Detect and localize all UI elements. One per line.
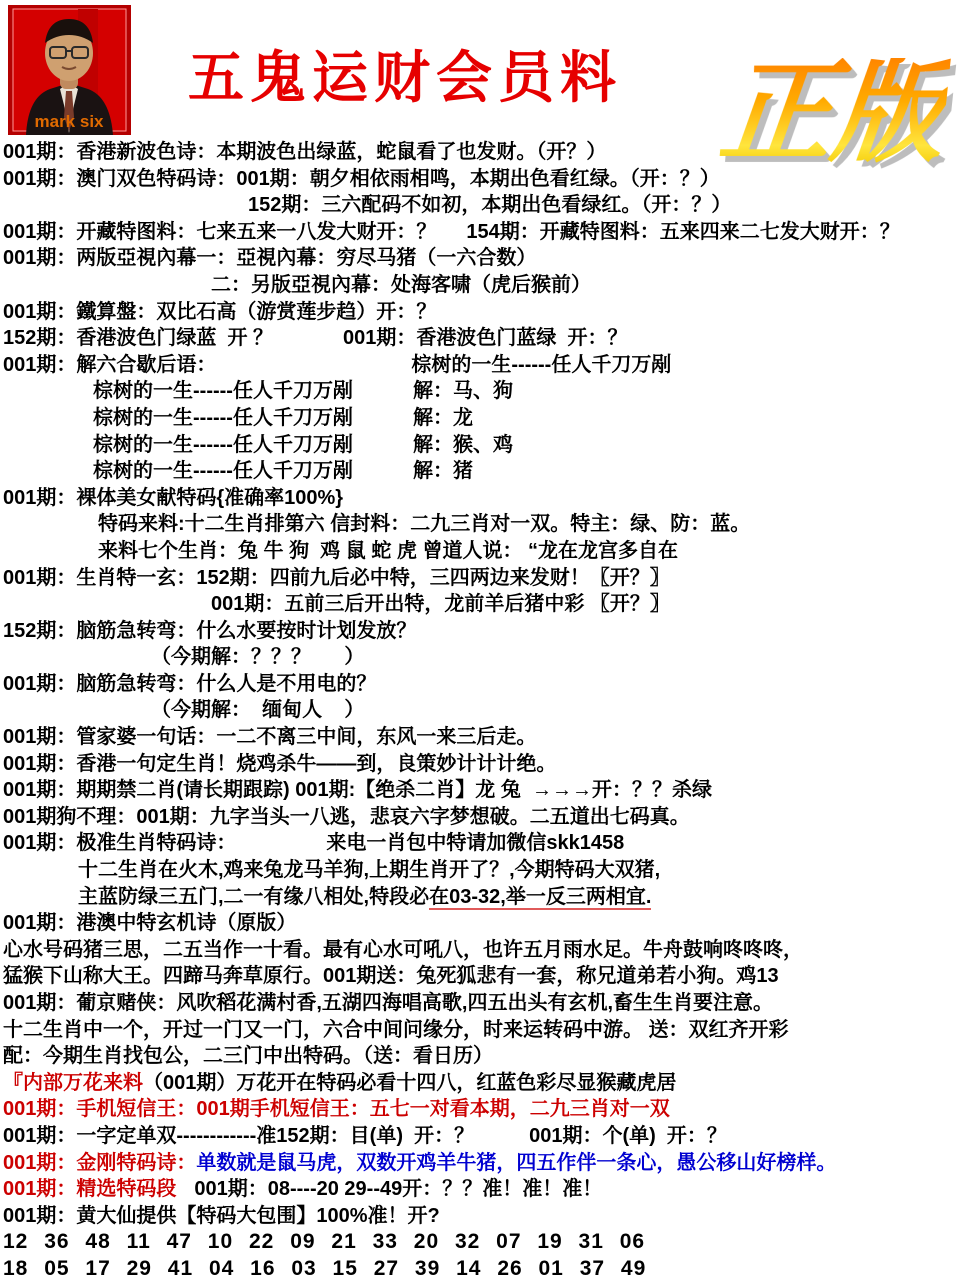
text-segment: 二：另版亞視內幕：处海客啸（虎后猴前） — [211, 274, 591, 296]
text-segment: 18 05 17 29 41 04 16 03 15 27 39 14 26 0… — [3, 1257, 646, 1280]
content-line: 十二生肖中一个，开过一门又一门，六合中间问缘分，时来运转码中游。 送：双红齐开彩 — [3, 1017, 963, 1044]
text-segment: 001期：精选特码段 — [3, 1178, 176, 1200]
text-segment: 001期：脑筋急转弯：什么人是不用电的？ — [3, 673, 376, 695]
content-line: 152期：脑筋急转弯：什么水要按时计划发放？ — [3, 618, 963, 645]
text-segment: 001期：08----20 29--49开：？？准！准！准！ — [194, 1178, 602, 1200]
content-lines: 001期：香港新波色诗：本期波色出绿蓝，蛇鼠看了也发财。（开？）001期：澳门双… — [3, 139, 963, 1282]
text-segment: 心水号码猪三思，二五当作一十看。最有心水可吼八，也许五月雨水足。牛舟鼓响咚咚咚， — [3, 939, 803, 961]
text-segment: 解：马、狗 — [413, 380, 513, 402]
text-segment: 001期：生肖特一玄：152期：四前九后必中特，三四两边来发财！〖开？〗 — [3, 567, 670, 589]
text-segment: 152期：脑筋急转弯：什么水要按时计划发放？ — [3, 620, 416, 642]
content-line: 001期：金刚特码诗：单数就是鼠马虎，双数开鸡羊牛猪，四五作伴一条心，愚公移山好… — [3, 1150, 963, 1177]
content-line: 18 05 17 29 41 04 16 03 15 27 39 14 26 0… — [3, 1256, 963, 1282]
text-segment: 001期：港澳中特玄机诗（原版） — [3, 912, 296, 934]
text-segment: 001期：手机短信王：001期手机短信王：五七一对看本期，二九三肖对一双 — [3, 1098, 670, 1120]
text-segment: 001期狗不理：001期：九字当头一八逃，悲哀六字梦想破。二五道出七码真。 — [3, 806, 690, 828]
content-line: 001期：香港新波色诗：本期波色出绿蓝，蛇鼠看了也发财。（开？） — [3, 139, 963, 166]
text-segment: 主蓝防绿三五门,二一有缘八相处,特段必 — [78, 886, 429, 908]
content-line: 001期：生肖特一玄：152期：四前九后必中特，三四两边来发财！〖开？〗 — [3, 565, 963, 592]
content-line: 棕树的一生------任人千刀万剐解：猴、鸡 — [3, 432, 963, 459]
content-line: 001期：葡京赌侠：风吹稻花满村香,五湖四海唱高歌,四五出头有玄机,畜生生肖要注… — [3, 990, 963, 1017]
text-segment: 001期：解六合歇后语： — [3, 354, 216, 376]
text-segment: （今期解：？？？ ） — [151, 646, 364, 668]
text-segment: 001期：一字定单双------------准152期：目(单) 开：？ — [3, 1125, 474, 1147]
text-segment: 棕树的一生------任人千刀万剐 — [411, 354, 671, 376]
text-segment: 001期：两版亞視內幕一：亞視內幕：穷尽马猪（一六合数） — [3, 247, 536, 269]
text-segment: 001期：黄大仙提供【特码大包围】100%准！开? — [3, 1205, 440, 1227]
text-segment: 001期：鐵算盤：双比石高（游赏莲步趋）开：？ — [3, 301, 436, 323]
text-segment: 在03-32,举一反三两相宜. — [429, 886, 651, 910]
content-line: 152期：三六配码不如初，本期出色看绿红。（开：？） — [3, 192, 963, 219]
content-line: 心水号码猪三思，二五当作一十看。最有心水可吼八，也许五月雨水足。牛舟鼓响咚咚咚， — [3, 937, 963, 964]
text-segment: 001期：香港波色门蓝绿 开：？ — [343, 327, 627, 349]
text-segment: 001期：开藏特图料：七来五来一八发大财开：？ — [3, 221, 436, 243]
content-line: 001期：五前三后开出特，龙前羊后猪中彩 〖开？〗 — [3, 591, 963, 618]
text-segment: 来电一肖包中特请加微信skk1458 — [326, 832, 624, 854]
content-line: 001期：管家婆一句话：一二不离三中间，东风一来三后走。 — [3, 724, 963, 751]
text-segment: 154期：开藏特图料：五来四来二七发大财开：？ — [466, 221, 899, 243]
content-line: 猛猴下山称大王。四蹄马奔草原行。001期送：兔死狐悲有一套，称兄道弟若小狗。鸡1… — [3, 963, 963, 990]
text-segment: 001期：葡京赌侠：风吹稻花满村香,五湖四海唱高歌,四五出头有玄机,畜生生肖要注… — [3, 992, 773, 1014]
portrait-photo-graphic: mark six — [8, 5, 131, 135]
text-segment: 152期：香港波色门绿蓝 开 ？ — [3, 327, 273, 349]
text-segment: 解：猪 — [413, 460, 473, 482]
content-line: 特码来料:十二生肖排第六 信封料：二九三肖对一双。特主：绿、防：蓝。 — [3, 511, 963, 538]
text-segment: 十二生肖在火木,鸡来兔龙马羊狗,上期生肖开了？,今期特码大双猪, — [78, 859, 660, 881]
text-segment: （今期解： 缅甸人 ） — [151, 699, 364, 721]
text-segment: 001期：五前三后开出特，龙前羊后猪中彩 〖开？〗 — [211, 593, 670, 615]
content-line: 001期：香港一句定生肖！烧鸡杀牛——到，良策妙计计计绝。 — [3, 751, 963, 778]
content-line: 001期：一字定单双------------准152期：目(单) 开：？001期… — [3, 1123, 963, 1150]
portrait-photo: mark six — [8, 5, 131, 135]
content-line: 二：另版亞視內幕：处海客啸（虎后猴前） — [3, 272, 963, 299]
content-line: 棕树的一生------任人千刀万剐解：龙 — [3, 405, 963, 432]
text-segment: 12 36 48 11 47 10 22 09 21 33 20 32 07 1… — [3, 1230, 645, 1253]
text-segment: 单数就是鼠马虎，双数开鸡羊牛猪，四五作伴一条心，愚公移山好榜样。 — [196, 1152, 836, 1174]
text-segment: 001期：极准生肖特码诗： — [3, 832, 236, 854]
text-segment: （001期）万花开在特码必看十四八，红蓝色彩尽显猴藏虎居 — [143, 1072, 676, 1094]
text-segment: 001期：金刚特码诗： — [3, 1152, 196, 1174]
text-segment: 猛猴下山称大王。四蹄马奔草原行。001期送：兔死狐悲有一套，称兄道弟若小狗。鸡1… — [3, 965, 779, 987]
content-line: 配：今期生肖找包公，二三门中出特码。（送：看日历） — [3, 1043, 963, 1070]
text-segment: 棕树的一生------任人千刀万剐 — [93, 407, 353, 429]
content-line: 001期：脑筋急转弯：什么人是不用电的？ — [3, 671, 963, 698]
content-line: 001期狗不理：001期：九字当头一八逃，悲哀六字梦想破。二五道出七码真。 — [3, 804, 963, 831]
content-line: 001期：精选特码段001期：08----20 29--49开：？？准！准！准！ — [3, 1176, 963, 1203]
text-segment: 『内部万花来料 — [3, 1072, 143, 1094]
text-segment: 十二生肖中一个，开过一门又一门，六合中间问缘分，时来运转码中游。 送：双红齐开彩 — [3, 1019, 789, 1041]
content-line: 001期：手机短信王：001期手机短信王：五七一对看本期，二九三肖对一双 — [3, 1096, 963, 1123]
text-segment: 001期：香港一句定生肖！烧鸡杀牛——到，良策妙计计计绝。 — [3, 753, 556, 775]
content-line: 十二生肖在火木,鸡来兔龙马羊狗,上期生肖开了？,今期特码大双猪, — [3, 857, 963, 884]
content-line: 001期：黄大仙提供【特码大包围】100%准！开? — [3, 1203, 963, 1230]
photo-caption: mark six — [35, 112, 105, 131]
content-line: 001期：开藏特图料：七来五来一八发大财开：？154期：开藏特图料：五来四来二七… — [3, 219, 963, 246]
text-segment: 解：猴、鸡 — [413, 434, 513, 456]
text-segment: 棕树的一生------任人千刀万剐 — [93, 460, 353, 482]
text-segment: 001期：管家婆一句话：一二不离三中间，东风一来三后走。 — [3, 726, 536, 748]
text-segment: 解：龙 — [413, 407, 473, 429]
text-segment: 配：今期生肖找包公，二三门中出特码。（送：看日历） — [3, 1045, 493, 1067]
text-segment: 001期：澳门双色特码诗：001期：朝夕相依雨相鸣，本期出色看红绿。（开：？） — [3, 168, 720, 190]
content-line: 主蓝防绿三五门,二一有缘八相处,特段必在03-32,举一反三两相宜. — [3, 884, 963, 911]
content-line: 001期：港澳中特玄机诗（原版） — [3, 910, 963, 937]
content-line: （今期解：？？？ ） — [3, 644, 963, 671]
content-line: 001期：解六合歇后语：棕树的一生------任人千刀万剐 — [3, 352, 963, 379]
text-segment: 特码来料:十二生肖排第六 信封料：二九三肖对一双。特主：绿、防：蓝。 — [98, 513, 750, 535]
content-line: 棕树的一生------任人千刀万剐解：马、狗 — [3, 378, 963, 405]
text-segment: 来料七个生肖：兔 牛 狗 鸡 鼠 蛇 虎 曾道人说： “龙在龙宫多自在 — [98, 540, 678, 562]
content-line: 152期：香港波色门绿蓝 开 ？001期：香港波色门蓝绿 开：？ — [3, 325, 963, 352]
content-line: 001期：澳门双色特码诗：001期：朝夕相依雨相鸣，本期出色看红绿。（开：？） — [3, 166, 963, 193]
content-line: 001期：鐵算盤：双比石高（游赏莲步趋）开：？ — [3, 299, 963, 326]
content-line: 001期：期期禁二肖(请长期跟踪) 001期:【绝杀二肖】龙 兔 →→→开：？？… — [3, 777, 963, 804]
content-line: （今期解： 缅甸人 ） — [3, 697, 963, 724]
text-segment: 001期：期期禁二肖(请长期跟踪) 001期:【绝杀二肖】龙 兔 →→→开：？？… — [3, 779, 712, 801]
content-line: 『内部万花来料（001期）万花开在特码必看十四八，红蓝色彩尽显猴藏虎居 — [3, 1070, 963, 1097]
content-line: 001期：两版亞視內幕一：亞視內幕：穷尽马猪（一六合数） — [3, 245, 963, 272]
text-segment: 001期：香港新波色诗：本期波色出绿蓝，蛇鼠看了也发财。（开？） — [3, 141, 606, 163]
text-segment: 001期：裸体美女献特码{准确率100%} — [3, 487, 343, 509]
content-line: 001期：裸体美女献特码{准确率100%} — [3, 485, 963, 512]
content-line: 001期：极准生肖特码诗：来电一肖包中特请加微信skk1458 — [3, 830, 963, 857]
text-segment: 001期：个(单) 开：？ — [529, 1125, 727, 1147]
text-segment: 152期：三六配码不如初，本期出色看绿红。（开：？） — [248, 194, 731, 216]
content-line: 棕树的一生------任人千刀万剐解：猪 — [3, 458, 963, 485]
content-line: 来料七个生肖：兔 牛 狗 鸡 鼠 蛇 虎 曾道人说： “龙在龙宫多自在 — [3, 538, 963, 565]
content-line: 12 36 48 11 47 10 22 09 21 33 20 32 07 1… — [3, 1229, 963, 1256]
text-segment: 棕树的一生------任人千刀万剐 — [93, 380, 353, 402]
page-header: mark six 五鬼运财会员料 正版 — [0, 0, 963, 140]
text-segment: 棕树的一生------任人千刀万剐 — [93, 434, 353, 456]
page-title: 五鬼运财会员料 — [188, 34, 622, 114]
